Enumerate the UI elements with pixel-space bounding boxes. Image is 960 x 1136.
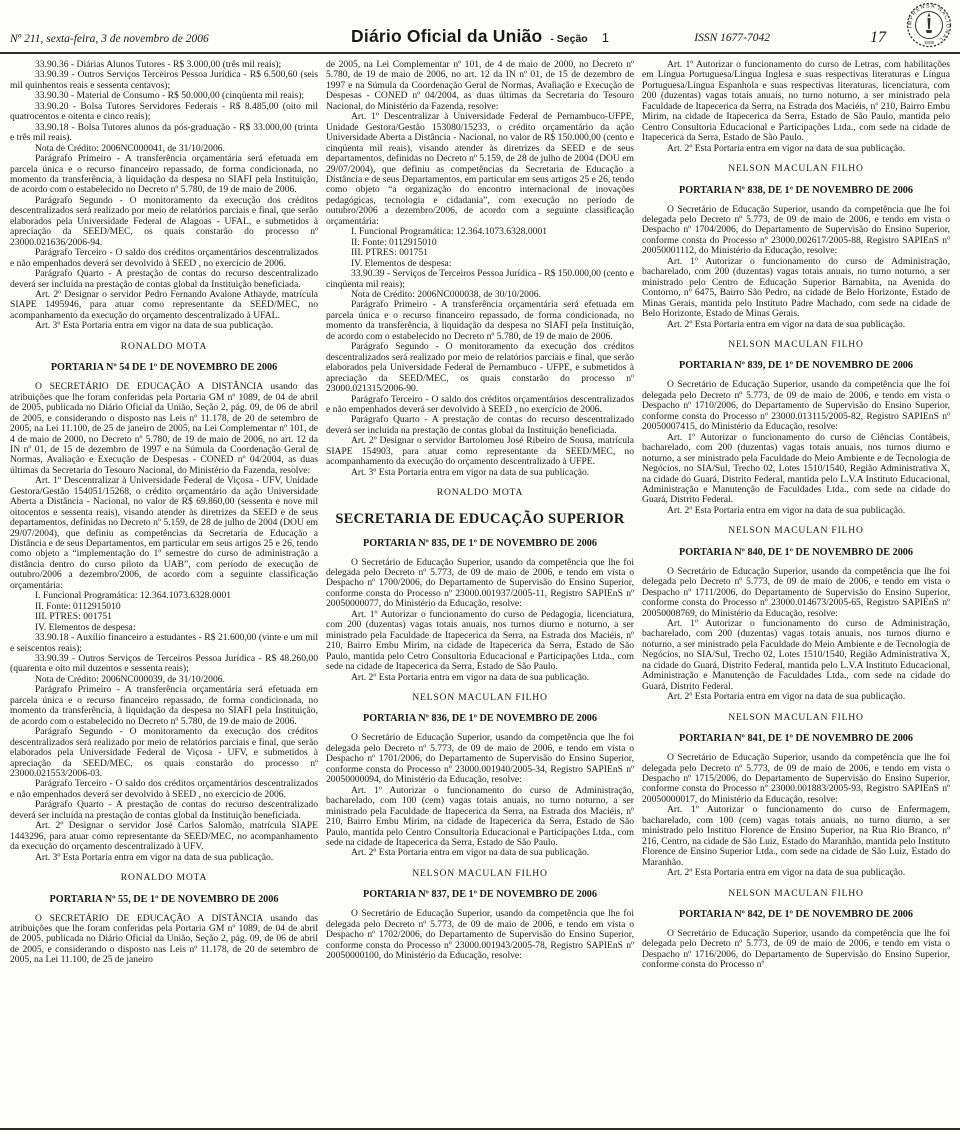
article-paragraph: Parágrafo Primeiro - A transferência orç… <box>10 154 318 196</box>
portaria-heading: PORTARIA Nº 838, DE 1º DE NOVEMBRO DE 20… <box>642 185 950 196</box>
article-paragraph: 33.90.18 - Auxílio financeiro a estudant… <box>10 633 318 654</box>
article-paragraph: Art. 1º Descentralizar à Universidade Fe… <box>10 476 318 591</box>
gazette-page: Nº 211, sexta-feira, 3 de novembro de 20… <box>0 0 960 1136</box>
article-paragraph: 33.90.39 - Outros Serviços de Terceiros … <box>10 654 318 675</box>
article-paragraph: Parágrafo Terceiro - O saldo dos crédito… <box>10 779 318 800</box>
article-paragraph: Art. 1º Autorizar o funcionamento do cur… <box>642 257 950 320</box>
article-paragraph: de 2005, na Lei Complementar nº 101, de … <box>326 60 634 112</box>
article-paragraph: O Secretário de Educação Superior, usand… <box>326 733 634 785</box>
portaria-heading: PORTARIA Nº 835, DE 1º DE NOVEMBRO DE 20… <box>326 538 634 549</box>
article-paragraph: 33.90.39 - Serviços de Terceiros Pessoa … <box>326 269 634 290</box>
signature-name: NELSON MACULAN FILHO <box>642 889 950 899</box>
article-paragraph: Art. 1º Autorizar o funcionamento do cur… <box>642 619 950 692</box>
article-paragraph: 33.90.20 - Bolsa Tutores Servidores Fede… <box>10 102 318 123</box>
article-paragraph: Parágrafo Primeiro - A transferência orç… <box>10 685 318 727</box>
article-paragraph: O Secretário de Educação Superior, usand… <box>326 558 634 610</box>
article-paragraph: 33.90.39 - Outros Serviços Terceiros Pes… <box>10 70 318 91</box>
masthead-group: Diário Oficial da União - Seção 1 <box>0 26 960 47</box>
article-paragraph: Art. 2º Esta Portaria entra em vigor na … <box>642 506 950 516</box>
article-paragraph: Art. 1º Autorizar o funcionamento do cur… <box>642 60 950 144</box>
column-2: de 2005, na Lei Complementar nº 101, de … <box>326 60 634 1128</box>
article-paragraph: Art. 2º Esta Portaria entra em vigor na … <box>642 144 950 154</box>
section-label: - Seção <box>550 33 587 45</box>
signature-name: NELSON MACULAN FILHO <box>642 713 950 723</box>
column-3: Art. 1º Autorizar o funcionamento do cur… <box>642 60 950 1128</box>
page-header: Nº 211, sexta-feira, 3 de novembro de 20… <box>0 0 960 54</box>
article-paragraph: Parágrafo Terceiro - O saldo dos crédito… <box>326 395 634 416</box>
article-paragraph: O SECRETÁRIO DE EDUCAÇÃO A DISTÂNCIA usa… <box>10 914 318 966</box>
article-paragraph: Art. 2º Esta Portaria entra em vigor na … <box>642 868 950 878</box>
article-paragraph: Art. 3º Esta Portaria entra em vigor na … <box>326 468 634 478</box>
footer-rule <box>0 1128 960 1130</box>
article-paragraph: Parágrafo Segundo - O monitoramento da e… <box>10 727 318 779</box>
article-paragraph: Parágrafo Terceiro - O saldo dos crédito… <box>10 248 318 269</box>
article-paragraph: Art. 1º Autorizar o funcionamento do cur… <box>642 805 950 868</box>
article-paragraph: Parágrafo Primeiro - A transferência orç… <box>326 300 634 342</box>
signature-name: NELSON MACULAN FILHO <box>326 693 634 703</box>
page-number: 17 <box>870 29 886 47</box>
article-paragraph: 33.90.18 - Bolsa Tutores alunos da pós-g… <box>10 123 318 144</box>
article-paragraph: O Secretário de Educação Superior, usand… <box>642 753 950 805</box>
portaria-heading: PORTARIA Nº 841, DE 1º DE NOVEMBRO DE 20… <box>642 733 950 744</box>
signature-name: NELSON MACULAN FILHO <box>326 869 634 879</box>
article-paragraph: Art. 2º Designar o servidor José Carlos … <box>10 821 318 852</box>
article-paragraph: Parágrafo Quarto - A prestação de contas… <box>10 269 318 290</box>
article-paragraph: Art. 2º Esta Portaria entra em vigor na … <box>326 848 634 858</box>
section-number: 1 <box>602 30 609 45</box>
article-paragraph: O Secretário de Educação Superior, usand… <box>326 909 634 961</box>
portaria-heading: PORTARIA Nº 839, DE 1º DE NOVEMBRO DE 20… <box>642 360 950 371</box>
article-paragraph: O Secretário de Educação Superior, usand… <box>642 567 950 619</box>
article-paragraph: O Secretário de Educação Superior, usand… <box>642 929 950 971</box>
column-1: 33.90.36 - Diárias Alunos Tutores - R$ 3… <box>10 60 318 1128</box>
article-paragraph: Art. 1º Autorizar o funcionamento do cur… <box>642 433 950 506</box>
article-paragraph: Art. 2º Esta Portaria entra em vigor na … <box>642 320 950 330</box>
imprensa-nacional-seal-icon: IMPRENSA NACIONAL 1808 <box>906 2 952 48</box>
portaria-heading: PORTARIA Nº 837, DE 1º DE NOVEMBRO DE 20… <box>326 889 634 900</box>
signature-name: NELSON MACULAN FILHO <box>642 340 950 350</box>
signature-name: NELSON MACULAN FILHO <box>642 164 950 174</box>
signature-name: NELSON MACULAN FILHO <box>642 526 950 536</box>
article-paragraph: Art. 3º Esta Portaria entra em vigor na … <box>10 853 318 863</box>
portaria-heading: PORTARIA Nº 54 DE 1º DE NOVEMBRO DE 2006 <box>10 362 318 373</box>
masthead-title: Diário Oficial da União <box>351 26 542 46</box>
article-paragraph: Art. 2º Esta Portaria entra em vigor na … <box>326 673 634 683</box>
portaria-heading: PORTARIA Nº 842, DE 1º DE NOVEMBRO DE 20… <box>642 909 950 920</box>
section-heading: SECRETARIA DE EDUCAÇÃO SUPERIOR <box>326 512 634 527</box>
article-paragraph: Parágrafo Quarto - A prestação de contas… <box>326 415 634 436</box>
issn-number: ISSN 1677-7042 <box>694 32 770 44</box>
article-columns: 33.90.36 - Diárias Alunos Tutores - R$ 3… <box>0 54 960 1128</box>
article-paragraph: Art. 1º Autorizar o funcionamento do cur… <box>326 786 634 849</box>
article-paragraph: Parágrafo Quarto - A prestação de contas… <box>10 800 318 821</box>
article-paragraph: O Secretário de Educação Superior, usand… <box>642 205 950 257</box>
article-paragraph: Art. 2º Designar o servidor Pedro Fernan… <box>10 290 318 321</box>
signature-name: RONALDO MOTA <box>10 342 318 352</box>
article-paragraph: O Secretário de Educação Superior, usand… <box>642 380 950 432</box>
article-paragraph: Art. 1º Autorizar o funcionamento do cur… <box>326 610 634 673</box>
article-paragraph: Parágrafo Segundo - O monitoramento da e… <box>10 196 318 248</box>
article-paragraph: Art. 2º Designar o servidor Bartolomeu J… <box>326 436 634 467</box>
portaria-heading: PORTARIA Nº 840, DE 1º DE NOVEMBRO DE 20… <box>642 547 950 558</box>
article-paragraph: Art. 1º Descentralizar à Universidade Fe… <box>326 112 634 227</box>
signature-name: RONALDO MOTA <box>326 488 634 498</box>
article-paragraph: Art. 2º Esta Portaria entra em vigor na … <box>642 692 950 702</box>
portaria-heading: PORTARIA Nº 55, DE 1º DE NOVEMBRO DE 200… <box>10 894 318 905</box>
seal-year: 1808 <box>924 40 935 45</box>
article-paragraph: Parágrafo Segundo - O monitoramento da e… <box>326 342 634 394</box>
signature-name: RONALDO MOTA <box>10 873 318 883</box>
article-paragraph: Art. 3º Esta Portaria entra em vigor na … <box>10 321 318 331</box>
portaria-heading: PORTARIA Nº 836, DE 1º DE NOVEMBRO DE 20… <box>326 713 634 724</box>
article-paragraph: O SECRETÁRIO DE EDUCAÇÃO A DISTÂNCIA usa… <box>10 382 318 476</box>
